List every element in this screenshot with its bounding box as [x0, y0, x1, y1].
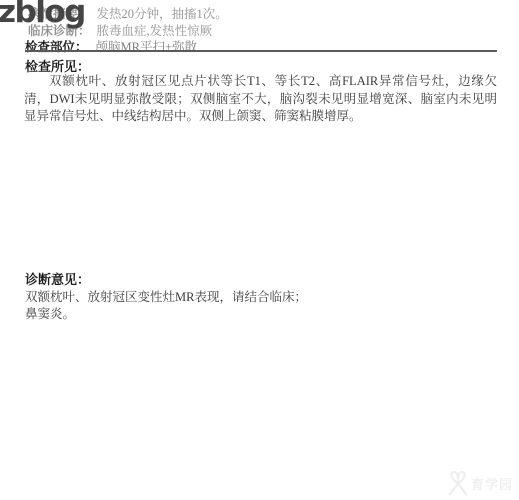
zblog-logo: zblog: [0, 0, 85, 30]
findings-text: 双额枕叶、放射冠区见点片状等长T1、等长T2、高FLAIR异常信号灶，边缘欠清，…: [24, 73, 497, 126]
clinical-diagnosis-value: 脓毒血症,发热性惊厥: [97, 24, 213, 38]
bow-ribbon-icon: [447, 470, 469, 496]
impression-line-1: 双额枕叶、放射冠区变性灶MR表现，请结合临床；: [25, 287, 307, 305]
impression-line-2: 鼻窦炎。: [25, 304, 75, 322]
impression-section-label: 诊断意见：: [25, 269, 90, 288]
exam-site-row: 检查部位：颅脑MR平扫+弥散: [25, 37, 197, 55]
section-divider-rule: [25, 50, 497, 52]
summary-value: 发热20分钟，抽搐1次。: [97, 7, 228, 21]
watermark-text: 育学园: [471, 474, 513, 493]
bottom-right-watermark: 育学园: [447, 470, 513, 496]
report-page: zblog 病情摘要：发热20分钟，抽搐1次。 临床诊断：脓毒血症,发热性惊厥 …: [0, 0, 519, 500]
